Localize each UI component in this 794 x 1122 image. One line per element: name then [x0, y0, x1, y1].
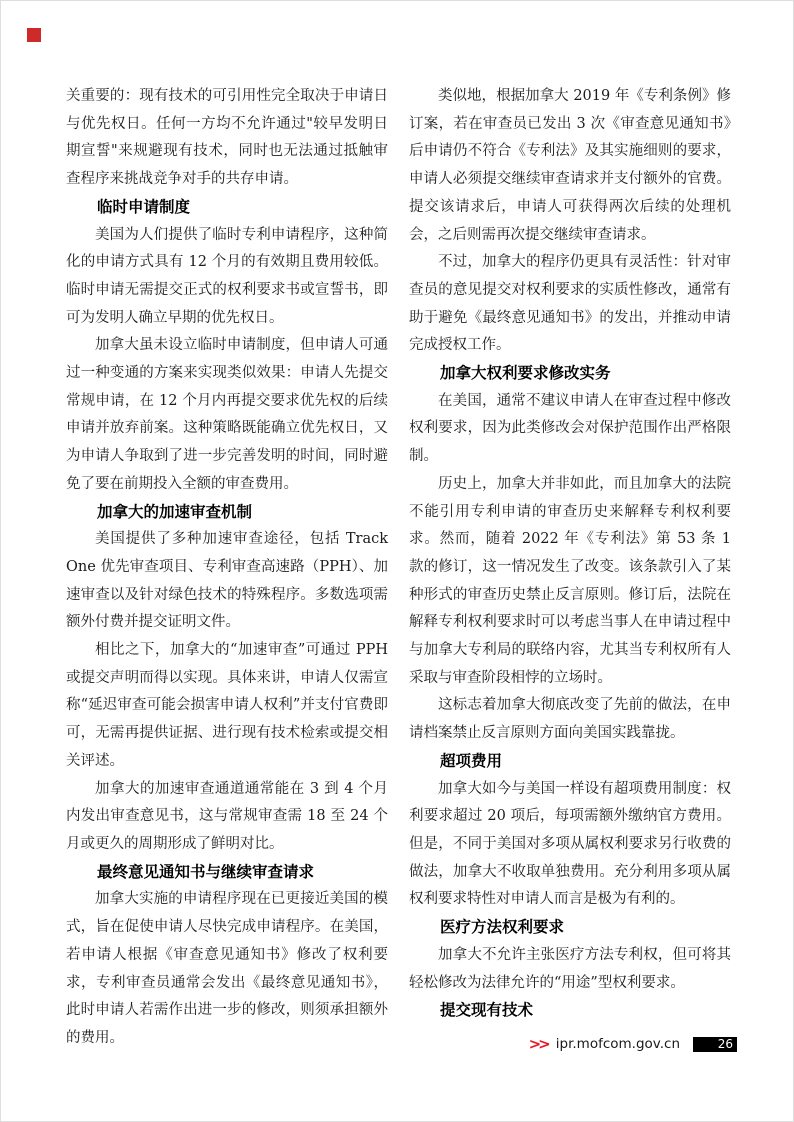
- body-paragraph: 加拿大的加速审查通道通常能在 3 到 4 个月内发出审查意见书，这与常规审查需 …: [66, 776, 388, 859]
- body-paragraph: 相比之下，加拿大的“加速审查”可通过 PPH 或提交声明而得以实现。具体来讲，申…: [66, 637, 388, 776]
- body-paragraph: 类似地，根据加拿大 2019 年《专利条例》修订案，若在审查员已发出 3 次《审…: [409, 83, 731, 249]
- section-heading: 医疗方法权利要求: [409, 914, 731, 942]
- page-number-badge: 26: [693, 1037, 737, 1052]
- text-column-right: 类似地，根据加拿大 2019 年《专利条例》修订案，若在审查员已发出 3 次《审…: [409, 83, 731, 1053]
- body-paragraph: 在美国，通常不建议申请人在审查过程中修改权利要求，因为此类修改会对保护范围作出严…: [409, 388, 731, 471]
- body-paragraph: 美国提供了多种加速审查途径，包括 Track One 优先审查项目、专利审查高速…: [66, 526, 388, 637]
- chevron-right-icon: >>: [529, 1036, 548, 1052]
- body-paragraph: 加拿大实施的申请程序现在已更接近美国的模式，旨在促使申请人尽快完成申请程序。在美…: [66, 886, 388, 1052]
- body-paragraph: 加拿大不允许主张医疗方法专利权，但可将其轻松修改为法律允许的“用途”型权利要求。: [409, 942, 731, 997]
- page-body: 关重要的：现有技术的可引用性完全取决于申请日与优先权日。任何一方均不允许通过"较…: [66, 83, 731, 1053]
- body-paragraph: 加拿大如今与美国一样设有超项费用制度：权利要求超过 20 项后，每项需额外缴纳官…: [409, 776, 731, 915]
- body-paragraph: 加拿大虽未设立临时申请制度，但申请人可通过一种变通的方案来实现类似效果：申请人先…: [66, 332, 388, 498]
- section-heading: 超项费用: [409, 748, 731, 776]
- section-heading: 最终意见通知书与继续审查请求: [66, 859, 388, 887]
- section-heading: 加拿大权利要求修改实务: [409, 360, 731, 388]
- text-column-left: 关重要的：现有技术的可引用性完全取决于申请日与优先权日。任何一方均不允许通过"较…: [66, 83, 388, 1053]
- body-paragraph: 不过，加拿大的程序仍更具有灵活性：针对审查员的意见提交对权利要求的实质性修改，通…: [409, 249, 731, 360]
- footer-website: ipr.mofcom.gov.cn: [556, 1036, 680, 1052]
- body-paragraph: 关重要的：现有技术的可引用性完全取决于申请日与优先权日。任何一方均不允许通过"较…: [66, 83, 388, 194]
- page-corner-marker: [27, 28, 41, 42]
- body-paragraph: 历史上，加拿大并非如此，而且加拿大的法院不能引用专利申请的审查历史来解释专利权利…: [409, 471, 731, 693]
- section-heading: 临时申请制度: [66, 194, 388, 222]
- document-page: 关重要的：现有技术的可引用性完全取决于申请日与优先权日。任何一方均不允许通过"较…: [0, 0, 794, 1122]
- body-paragraph: 美国为人们提供了临时专利申请程序，这种简化的申请方式具有 12 个月的有效期且费…: [66, 222, 388, 333]
- page-footer: >> ipr.mofcom.gov.cn 26: [529, 1036, 737, 1052]
- body-paragraph: 这标志着加拿大彻底改变了先前的做法，在申请档案禁止反言原则方面向美国实践靠拢。: [409, 692, 731, 747]
- section-heading: 加拿大的加速审查机制: [66, 499, 388, 527]
- section-heading: 提交现有技术: [409, 997, 731, 1025]
